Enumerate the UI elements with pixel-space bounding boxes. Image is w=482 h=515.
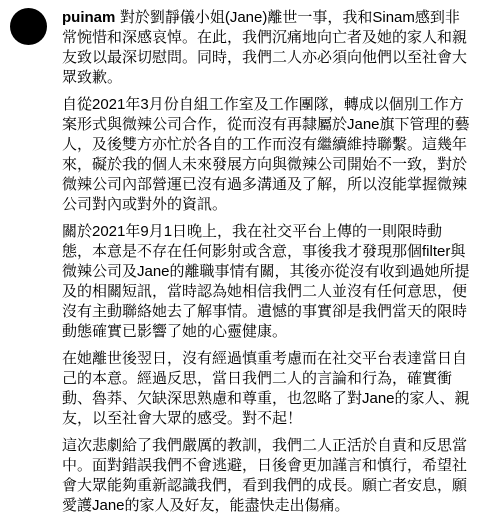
paragraph-text-5: 這次悲劇給了我們嚴厲的教訓，我們二人正活於自責和反思當中。面對錯誤我們不會逃避，… (62, 437, 467, 514)
post-paragraph-5: 這次悲劇給了我們嚴厲的教訓，我們二人正活於自責和反思當中。面對錯誤我們不會逃避，… (62, 436, 470, 515)
post-paragraph-4: 在她離世後翌日，沒有經過慎重考慮而在社交平台表達當日自己的本意。經過反思，當日我… (62, 349, 470, 429)
paragraph-text-1: 對於劉靜儀小姐(Jane)離世一事，我和Sinam感到非常惋惜和深感哀悼。在此，… (62, 9, 467, 86)
post-paragraph-2: 自從2021年3月份自組工作室及工作團隊，轉成以個別工作方案形式與微辣公司合作，… (62, 95, 470, 215)
post-paragraph-1: puinam對於劉靜儀小姐(Jane)離世一事，我和Sinam感到非常惋惜和深感… (62, 8, 470, 88)
paragraph-text-4: 在她離世後翌日，沒有經過慎重考慮而在社交平台表達當日自己的本意。經過反思，當日我… (62, 350, 470, 427)
post-paragraph-3: 關於2021年9月1日晚上，我在社交平台上傳的一則限時動態，本意是不存在任何影射… (62, 222, 470, 342)
paragraph-text-3: 關於2021年9月1日晚上，我在社交平台上傳的一則限時動態，本意是不存在任何影射… (62, 223, 470, 340)
paragraph-text-2: 自從2021年3月份自組工作室及工作團隊，轉成以個別工作方案形式與微辣公司合作，… (62, 96, 470, 213)
post-content: puinam對於劉靜儀小姐(Jane)離世一事，我和Sinam感到非常惋惜和深感… (62, 8, 470, 515)
avatar[interactable] (10, 8, 47, 45)
post: puinam對於劉靜儀小姐(Jane)離世一事，我和Sinam感到非常惋惜和深感… (0, 0, 482, 515)
username[interactable]: puinam (62, 9, 115, 26)
